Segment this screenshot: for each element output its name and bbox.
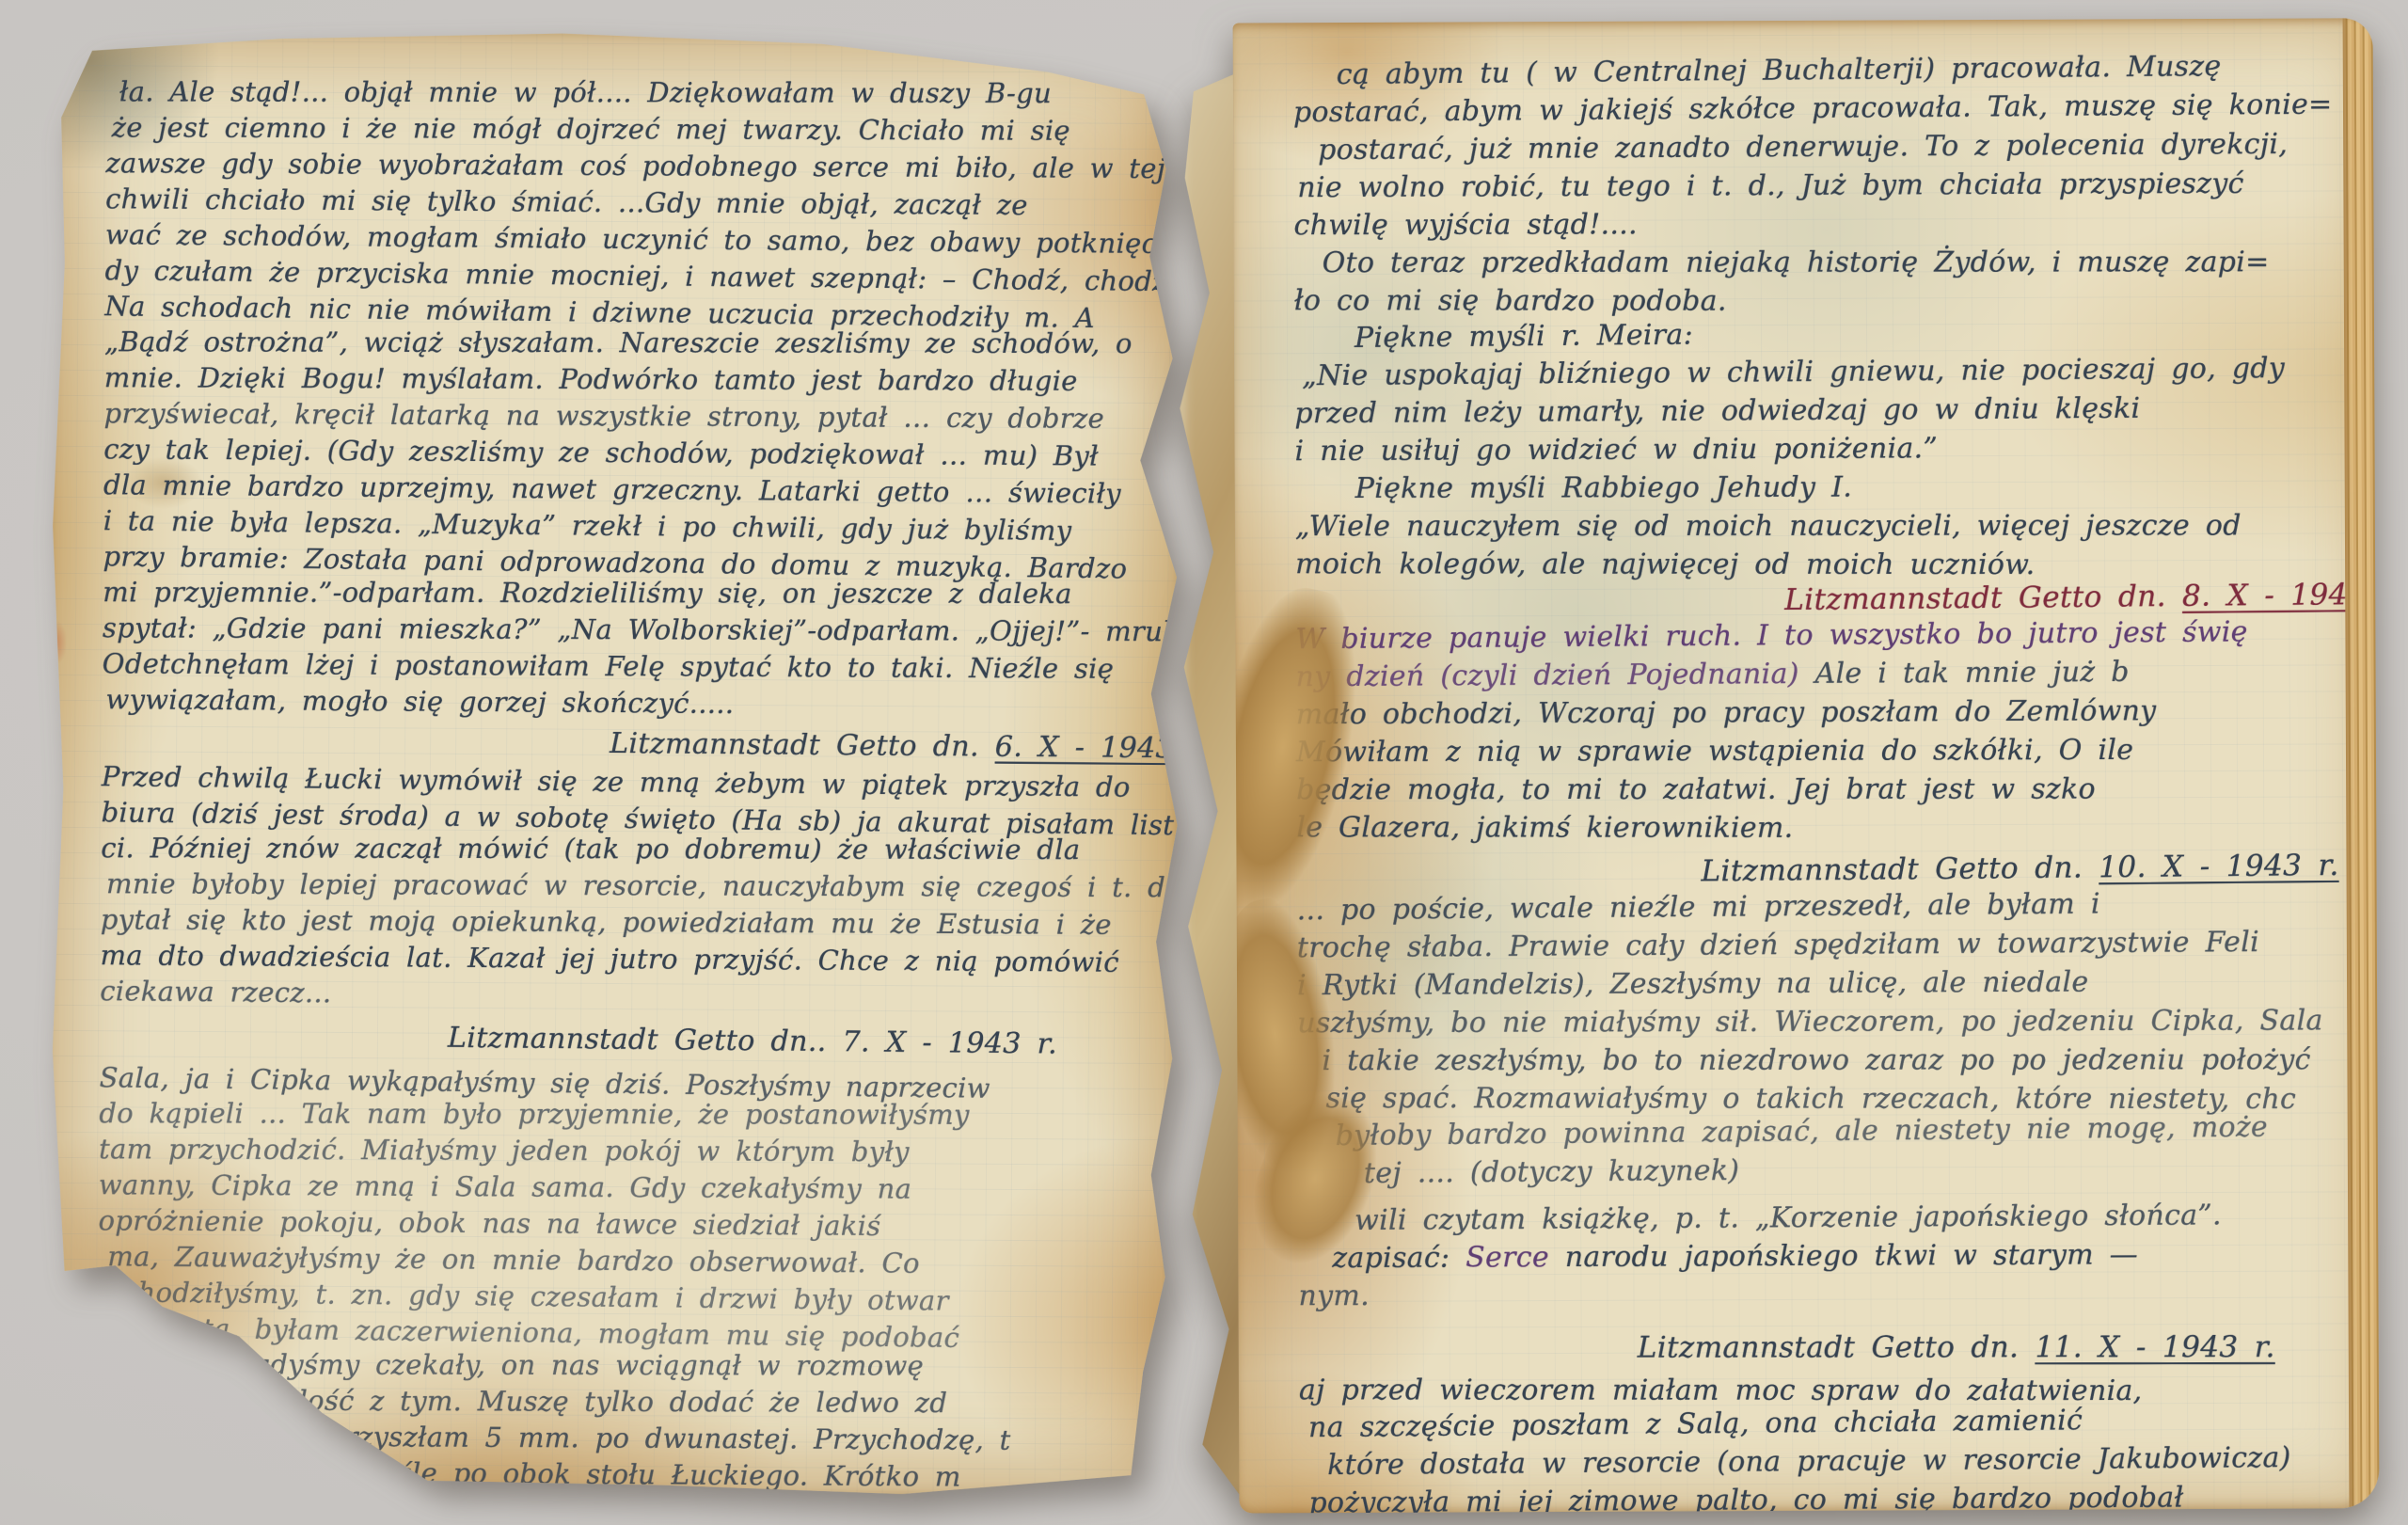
entry-place-label: Litzmannstadt Getto dn. <box>1638 1330 2036 1364</box>
entry-place-label: Litzmannstadt Getto dn. <box>610 727 995 764</box>
handwriting-line: tej .... (dotyczy kuzynek) <box>1364 1148 2342 1193</box>
handwriting-line: że jest ciemno i że nie mógł dojrzeć mej… <box>112 109 1150 149</box>
handwriting-line: Piękne myśli Rabbiego Jehudy I. <box>1355 468 2339 508</box>
handwriting-line: nie wolno robić, tu tego i t. d., Już by… <box>1297 165 2337 207</box>
entry-date: 11. X - 1943 r. <box>2035 1330 2274 1364</box>
handwriting-line: ny dzień (czyli dzień Pojednania) Ale i … <box>1295 652 2339 696</box>
handwriting-line: ła. Ale stąd!... objął mnie w pół.... Dz… <box>119 73 1150 111</box>
handwriting-line: postarać, już mnie zanadto denerwuje. To… <box>1318 126 2337 170</box>
handwriting-line: dość z tym. Muszę tylko dodać że ledwo z… <box>290 1383 1141 1422</box>
handwriting-line: postarać, abym w jakiejś szkółce pracowa… <box>1293 87 2337 133</box>
handwriting-line: „Bądź ostrożna”, wciąż słyszałam. Naresz… <box>104 324 1149 361</box>
handwriting-line: tam przychodzić. Miałyśmy jeden pokój w … <box>99 1131 1143 1170</box>
handwriting-line: spytał: „Gdzie pani mieszka?” „Na Wolbor… <box>103 610 1147 649</box>
handwriting-line: mało obchodzi, Wczoraj po pracy poszłam … <box>1296 691 2340 734</box>
handwriting-line: pytał się kto jest moją opiekunką, powie… <box>101 901 1145 943</box>
entry-date: 10. X - 1943 r. <box>2099 849 2339 884</box>
handwriting-line: przed nim leży umarły, nie odwiedzaj go … <box>1294 389 2338 433</box>
diary-notebook: cą abym tu ( w Centralnej Buchalterji) p… <box>1178 1 2381 1523</box>
entry-date-line: Litzmannstadt Getto dn. 8. X - 1943 r. <box>1784 576 2339 619</box>
handwriting-line: „Nie uspokajaj bliźniego w chwili gniewu… <box>1302 350 2338 396</box>
handwriting-line: pożyczyła mi jej zimowe palto, co mi się… <box>1308 1478 2343 1513</box>
handwriting-line: zawsze gdy sobie wyobrażałam coś podobne… <box>105 145 1149 186</box>
left-page-text: ła. Ale stąd!... objął mnie w pół.... Dz… <box>97 73 1150 1496</box>
entry-date-line: Litzmannstadt Getto dn.. 7. X - 1943 r. <box>448 1021 1144 1064</box>
handwriting-segment: Ale i tak mnie już b <box>1814 656 2129 691</box>
handwriting-line: gdyśmy czekały, on nas wciągnął w rozmow… <box>252 1346 1141 1384</box>
entry-date-line: Litzmannstadt Getto dn. 11. X - 1943 r. <box>1638 1328 2343 1367</box>
handwriting-line: i Rytki (Mandelzis), Zeszłyśmy na ulicę,… <box>1297 962 2341 1005</box>
handwriting-line: Odetchnęłam lżej i postanowiłam Felę spy… <box>103 645 1147 687</box>
handwriting-segment: Serce <box>1465 1241 1549 1274</box>
handwriting-line: ci. Później znów zaczął mówić (tak po do… <box>101 830 1145 867</box>
handwriting-line: „Wiele nauczyłem się od moich nauczyciel… <box>1295 507 2339 546</box>
handwriting-line: do kąpieli ... Tak nam było przyjemnie, … <box>99 1095 1143 1133</box>
handwriting-line: i takie zeszłyśmy, bo to niezdrowo zaraz… <box>1322 1041 2341 1080</box>
diary-right-page: cą abym tu ( w Centralnej Buchalterji) p… <box>1233 18 2380 1513</box>
handwriting-line: Mówiłam z nią w sprawie wstąpienia do sz… <box>1296 731 2340 771</box>
handwriting-line: W biurze panuje wielki ruch. I to wszyst… <box>1295 613 2339 659</box>
handwriting-line: mi przyjemnie.”-odparłam. Rozdzieliliśmy… <box>103 574 1147 612</box>
handwriting-segment: ny dzień (czyli dzień Pojednania) <box>1295 658 1814 693</box>
handwriting-line: które dostała w resorcie (ona pracuje w … <box>1327 1439 2343 1485</box>
handwriting-line: i nie usiłuj go widzieć w dniu poniżenia… <box>1294 428 2338 470</box>
entry-date: 6. X - 1943 r. <box>995 731 1211 766</box>
handwriting-line: Oto teraz przedkładam niejaką historię Ż… <box>1323 244 2338 282</box>
handwriting-line: zapisać: Serce narodu japońskiego tkwi w… <box>1332 1235 2342 1278</box>
handwriting-line: mnie byłoby lepiej pracować w resorcie, … <box>106 866 1145 905</box>
entry-place-label: Litzmannstadt Getto dn.. <box>448 1022 843 1058</box>
handwriting-line: krześle po obok stołu Łuckiego. Krótko m <box>337 1454 1141 1496</box>
handwriting-line: mnie. Dzięki Bogu! myślałam. Podwórko ta… <box>104 359 1149 399</box>
handwriting-line: wywiązałam, mogło się gorzej skończyć...… <box>105 681 1146 724</box>
handwriting-segment: zapisać: <box>1332 1241 1465 1275</box>
handwriting-line: wanny, Cipka ze mną i Sala sama. Gdy cze… <box>99 1167 1143 1208</box>
handwriting-line: uszłyśmy, bo nie miałyśmy sił. Wieczorem… <box>1297 1002 2341 1042</box>
handwriting-line: będzie mogła, to mi to załatwi. Jej brat… <box>1296 770 2340 809</box>
entry-place-label: Litzmannstadt Getto dn. <box>1784 580 2182 617</box>
page-edge-stack <box>2343 18 2380 1508</box>
handwriting-line: ciekawa rzecz... <box>100 973 1144 1018</box>
left-page-wrapper: ła. Ale stąd!... objął mnie w pół.... Dz… <box>44 30 1183 1496</box>
entry-date: 7. X - 1943 r. <box>842 1025 1057 1060</box>
entry-date-line: Litzmannstadt Getto dn. 6. X - 1943 r. <box>610 726 1146 767</box>
handwriting-line: le Glazera, jakimś kierownikiem. <box>1296 809 2340 848</box>
photo-backdrop: ła. Ale stąd!... objął mnie w pół.... Dz… <box>0 0 2408 1525</box>
handwriting-line: ... po poście, wcale nieźle mi przeszedł… <box>1297 884 2341 930</box>
handwriting-line: nym. <box>1298 1275 2342 1315</box>
handwriting-line: przyszłam 5 mm. po dwunastej. Przychodzę… <box>327 1419 1141 1459</box>
handwriting-line: trochę słaba. Prawie cały dzień spędziła… <box>1297 923 2341 967</box>
handwriting-segment: narodu japońskiego tkwi w starym — <box>1549 1238 2138 1274</box>
entry-place-label: Litzmannstadt Getto dn. <box>1701 850 2099 888</box>
handwriting-line: wili czytam książkę, p. t. „Korzenie jap… <box>1354 1197 2342 1240</box>
diary-left-page: ła. Ale stąd!... objął mnie w pół.... Dz… <box>44 30 1183 1496</box>
right-page-text: cą abym tu ( w Centralnej Buchalterji) p… <box>1293 52 2344 1513</box>
handwriting-line: przyświecał, kręcił latarką na wszystkie… <box>103 395 1148 437</box>
handwriting-line: chwilę wyjścia stąd!.... <box>1293 204 2337 245</box>
